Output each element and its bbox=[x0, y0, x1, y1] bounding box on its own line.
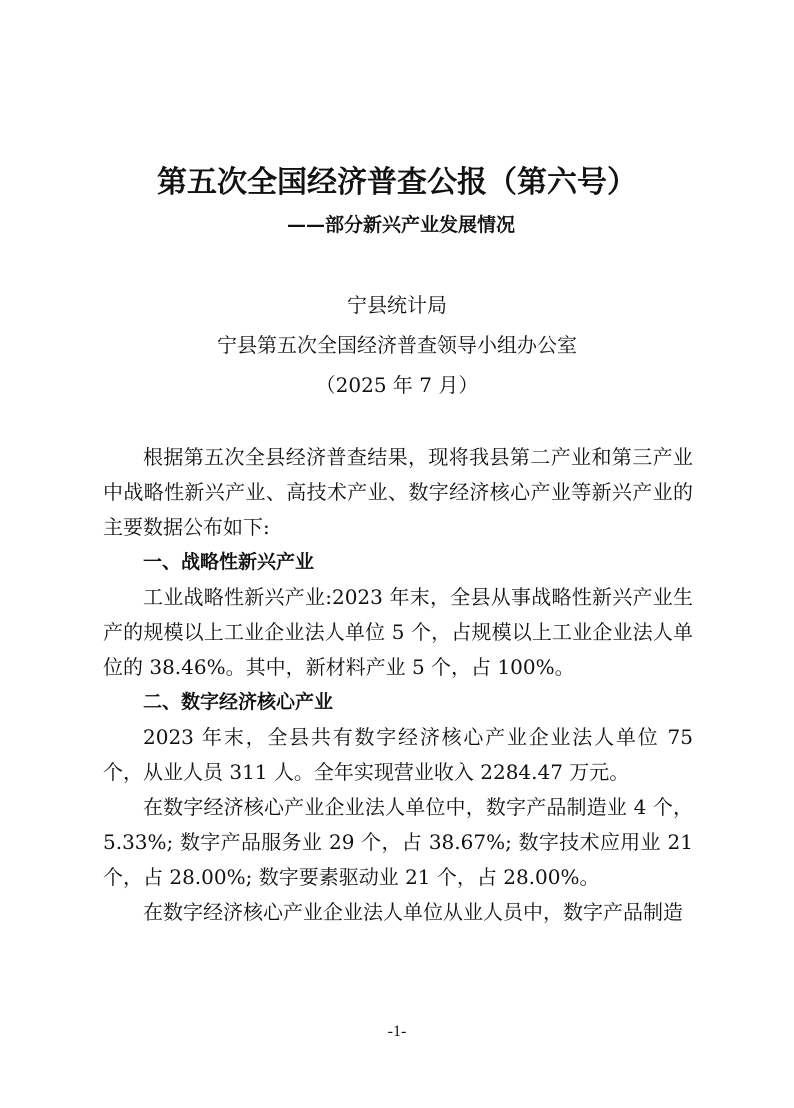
issuer-statistics-bureau: 宁县统计局 bbox=[0, 290, 794, 320]
paragraph-industrial-strategic: 工业战略性新兴产业:2023 年末，全县从事战略性新兴产业生产的规模以上工业企业… bbox=[103, 580, 693, 685]
section-heading-digital-economy: 二、数字经济核心产业 bbox=[103, 685, 693, 720]
intro-paragraph: 根据第五次全县经济普查结果，现将我县第二产业和第三产业中战略性新兴产业、高技术产… bbox=[103, 440, 693, 545]
issue-date: （2025 年 7 月） bbox=[0, 370, 794, 400]
document-page: 第五次全国经济普查公报（第六号） ——部分新兴产业发展情况 宁县统计局 宁县第五… bbox=[0, 0, 794, 1108]
page-number: -1- bbox=[0, 1020, 794, 1044]
document-title: 第五次全国经济普查公报（第六号） bbox=[0, 163, 794, 203]
paragraph-digital-overview: 2023 年末，全县共有数字经济核心产业企业法人单位 75 个，从业人员 311… bbox=[103, 720, 693, 790]
issuer-census-office: 宁县第五次全国经济普查领导小组办公室 bbox=[0, 330, 794, 360]
paragraph-digital-units-breakdown: 在数字经济核心产业企业法人单位中，数字产品制造业 4 个，5.33%; 数字产品… bbox=[103, 790, 693, 895]
paragraph-digital-employees: 在数字经济核心产业企业法人单位从业人员中，数字产品制造 bbox=[103, 895, 693, 930]
section-heading-strategic-emerging: 一、战略性新兴产业 bbox=[103, 545, 693, 580]
document-body: 根据第五次全县经济普查结果，现将我县第二产业和第三产业中战略性新兴产业、高技术产… bbox=[103, 440, 693, 930]
document-subtitle: ——部分新兴产业发展情况 bbox=[0, 210, 794, 240]
